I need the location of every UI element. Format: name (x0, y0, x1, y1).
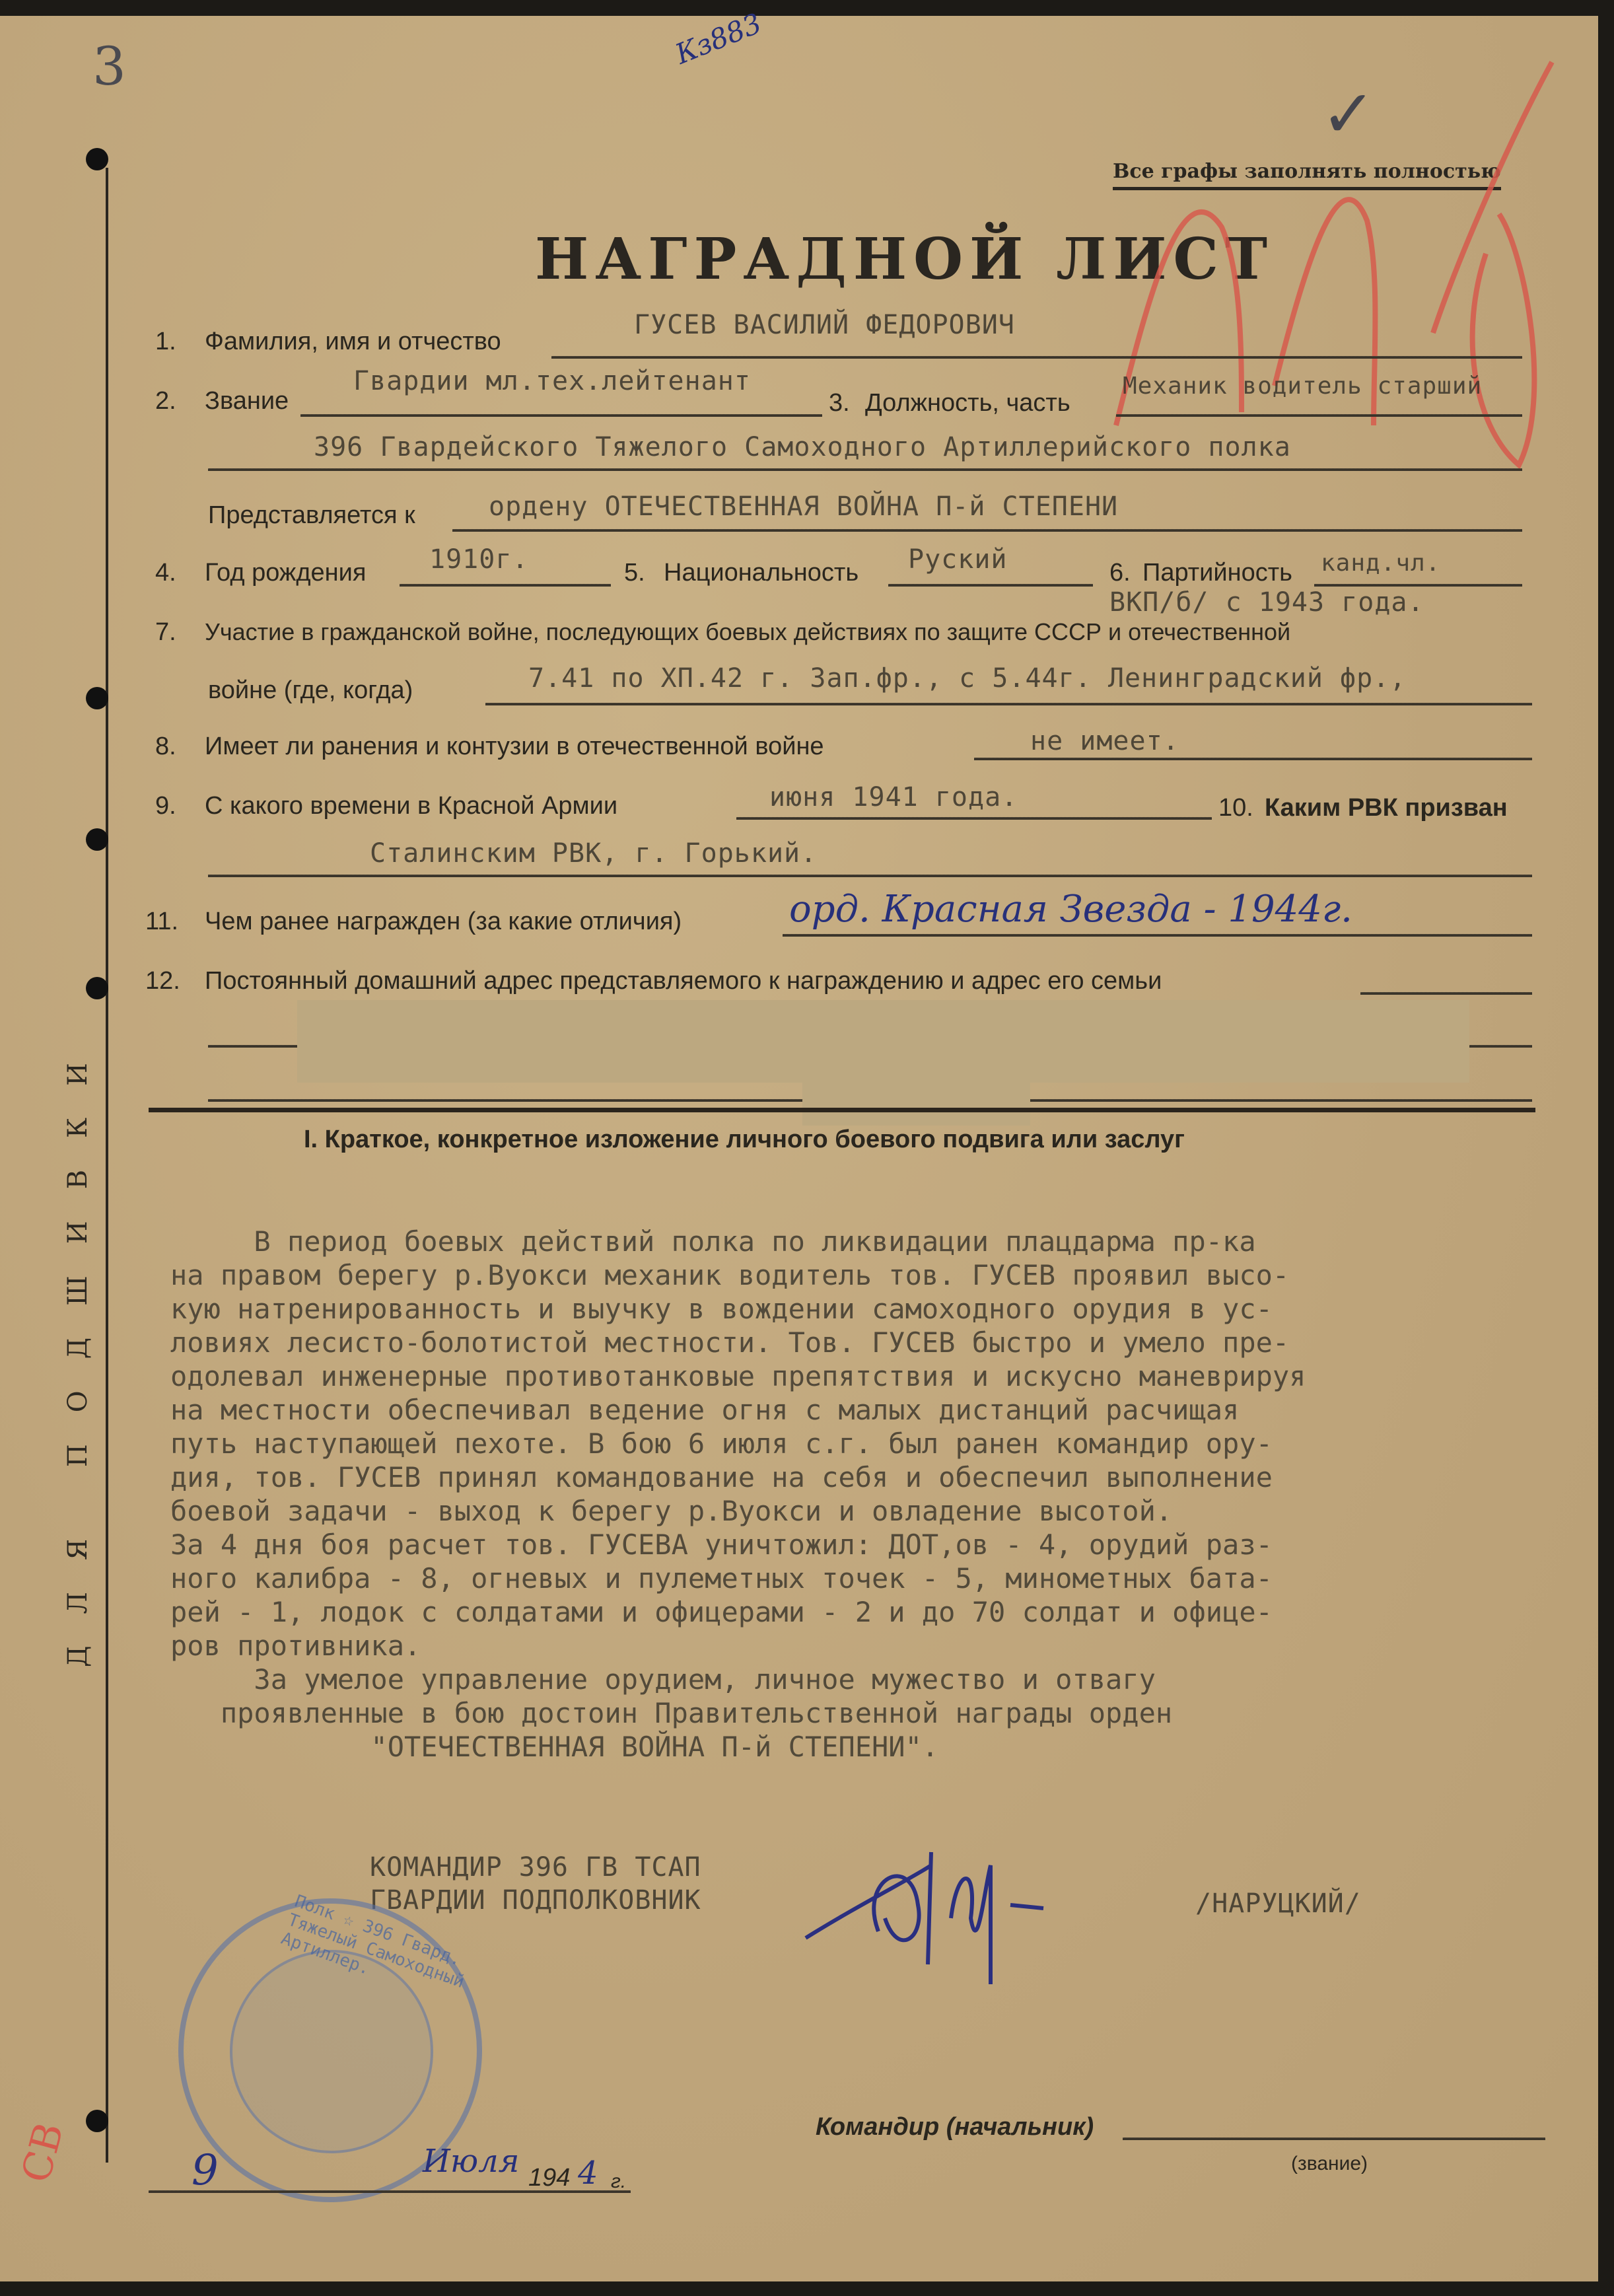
field-number: 5. (624, 559, 645, 587)
field-number: 10. (1218, 794, 1253, 822)
party-since-value: ВКП/б/ с 1943 года. (1109, 587, 1424, 618)
party-value: канд.чл. (1321, 550, 1440, 577)
punch-hole (86, 148, 108, 170)
field-label-previous-awards: Чем ранее награжден (за какие отличия) (205, 908, 682, 936)
field-number: 7. (155, 618, 176, 647)
redacted-address (297, 1000, 1469, 1083)
field-number: 12. (145, 967, 180, 995)
commander-label: Командир (начальник) (816, 2113, 1094, 2141)
field-label-wounds: Имеет ли ранения и контузии в отечествен… (205, 733, 824, 761)
field-underline (736, 817, 1212, 820)
field-number: 8. (155, 733, 176, 761)
field-underline (888, 584, 1093, 587)
commander-title: КОМАНДИР 396 ГВ ТСАП (370, 1852, 701, 1883)
commander-underline (1123, 2137, 1545, 2140)
position-value: Механик водитель старший (1123, 373, 1482, 400)
punch-hole (86, 2110, 108, 2132)
field-label-where-when: войне (где, когда) (208, 676, 413, 705)
punch-hole (86, 687, 108, 709)
field-number: 2. (155, 387, 176, 415)
field-number: 1. (155, 328, 176, 356)
date-year-prefix: 194 (528, 2164, 570, 2192)
birth-year-value: 1910г. (429, 544, 529, 575)
field-underline (1360, 992, 1532, 995)
field-label-combat-participation: Участие в гражданской войне, последующих… (205, 618, 1290, 646)
field-label-rank: Звание (205, 387, 289, 415)
field-label-party: Партийность (1142, 559, 1292, 587)
field-label-award: Представляется к (208, 501, 415, 530)
merit-description-text: В период боевых действий полка по ликвид… (170, 1225, 1537, 1764)
field-underline (452, 529, 1522, 532)
field-number: 9. (155, 792, 176, 820)
award-sheet-paper: ДЛЯ ПОДШИВКИ 3 Кз883 ✓ Все графы заполня… (0, 16, 1598, 2281)
date-month: Июля (423, 2143, 519, 2180)
redacted-address (802, 1083, 1030, 1126)
nationality-value: Руский (908, 544, 1008, 575)
field-underline (300, 414, 822, 417)
full-name-value: ГУСЕВ ВАСИЛИЙ ФЕДОРОВИЧ (634, 310, 1015, 340)
field-label-position: Должность, часть (865, 389, 1070, 417)
field-label-nationality: Национальность (664, 559, 859, 587)
section-heading: I. Краткое, конкретное изложение личного… (304, 1126, 1185, 1154)
commander-name: /НАРУЦКИЙ/ (1195, 1888, 1361, 1919)
date-year-digit: 4 (578, 2155, 598, 2192)
margin-binding-text: ДЛЯ ПОДШИВКИ (63, 716, 102, 1667)
field-number: 11. (145, 908, 178, 936)
rank-caption: (звание) (1291, 2153, 1368, 2175)
combat-participation-value: 7.41 по XП.42 г. Зап.фр., с 5.44г. Ленин… (528, 663, 1406, 694)
previous-awards-value: орд. Красная Звезда - 1944г. (789, 888, 1352, 931)
date-day: 9 (192, 2146, 219, 2195)
field-label-draft-office: Каким РВК призван (1265, 794, 1508, 822)
binding-margin-line (106, 168, 108, 2163)
field-number: 4. (155, 559, 176, 587)
field-number: 3. (829, 389, 850, 417)
field-label-home-address: Постоянный домашний адрес представляемог… (205, 967, 1162, 995)
award-value: ордену ОТЕЧЕСТВЕННАЯ ВОЙНА П-й СТЕПЕНИ (489, 491, 1118, 522)
rank-value: Гвардии мл.тех.лейтенант (353, 366, 751, 396)
army-since-value: июня 1941 года. (769, 782, 1018, 812)
commander-signature-icon (779, 1826, 1057, 1984)
field-underline (208, 468, 1522, 471)
field-underline (1116, 414, 1522, 417)
field-number: 6. (1109, 559, 1131, 587)
archive-number: Кз883 (671, 7, 766, 70)
red-margin-mark: СВ (13, 2118, 73, 2187)
field-underline (485, 703, 1532, 705)
unit-value: 396 Гвардейского Тяжелого Самоходного Ар… (314, 432, 1291, 462)
field-underline (1314, 584, 1522, 587)
wounds-value: не имеет. (1030, 726, 1179, 756)
field-underline (400, 584, 611, 587)
field-underline (974, 758, 1532, 760)
commander-rank: ГВАРДИИ ПОДПОЛКОВНИК (370, 1885, 701, 1916)
field-label-army-since: С какого времени в Красной Армии (205, 792, 617, 820)
field-underline (551, 356, 1522, 359)
date-suffix: г. (611, 2170, 626, 2193)
page-number: 3 (92, 36, 126, 97)
draft-office-value: Сталинским РВК, г. Горький. (370, 838, 817, 869)
section-divider (149, 1108, 1535, 1112)
field-label-full-name: Фамилия, имя и отчество (205, 328, 501, 356)
field-underline (208, 875, 1532, 877)
field-underline (783, 934, 1532, 937)
field-label-birth-year: Год рождения (205, 559, 366, 587)
